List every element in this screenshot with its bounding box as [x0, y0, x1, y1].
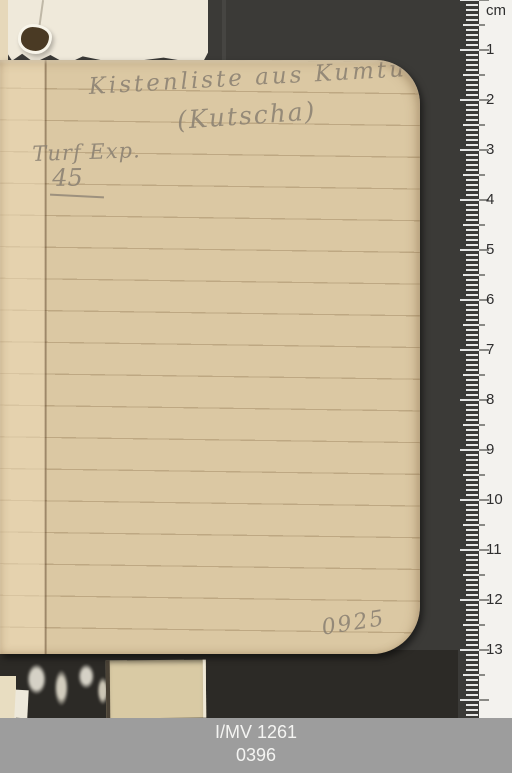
- ruler-tick: [466, 289, 478, 291]
- ruler-tick: [466, 4, 478, 6]
- ruler-tick: [460, 499, 479, 501]
- ruler-number: 10: [486, 491, 512, 509]
- handwriting-expedition-number: 45: [52, 163, 83, 192]
- ruler-tick: [466, 534, 478, 536]
- ruler-tick: [466, 539, 478, 541]
- page-stack-edge: [0, 0, 8, 64]
- torn-paper-fibers: [20, 656, 112, 714]
- ruler-tick: [466, 389, 478, 391]
- ruler-tick: [466, 644, 478, 646]
- tear-hole: [18, 24, 52, 54]
- ruler-number: 1: [486, 41, 512, 59]
- ruler-tick: [460, 449, 479, 451]
- ruler-tick: [466, 219, 478, 221]
- ruler-tick: [466, 34, 478, 36]
- ruler-tick: [479, 374, 485, 376]
- ruler-tick: [463, 624, 479, 626]
- ruler-tick: [466, 144, 478, 146]
- ruler-tick: [479, 274, 485, 276]
- ruler-tick: [466, 684, 478, 686]
- ruler-tick: [479, 674, 485, 676]
- ruler-tick: [466, 209, 478, 211]
- ruler-tick: [466, 229, 478, 231]
- backdrop-fold: [222, 0, 226, 62]
- ruler-tick: [466, 689, 478, 691]
- ruler-tick: [463, 124, 479, 126]
- ruler-tick: [466, 169, 478, 171]
- ruler: cm 12345678910111213: [458, 0, 512, 718]
- ruler-tick: [466, 404, 478, 406]
- ruler-tick: [466, 359, 478, 361]
- ruler-tick: [466, 104, 478, 106]
- ruler-tick: [466, 84, 478, 86]
- ruler-tick: [466, 444, 478, 446]
- ruler-tick: [479, 524, 485, 526]
- ruler-tick: [479, 574, 485, 576]
- ruler-tick: [466, 59, 478, 61]
- ruler-tick: [466, 9, 478, 11]
- ruler-tick: [479, 0, 489, 1]
- ruler-number: 9: [486, 441, 512, 459]
- paper-scrap-white: [14, 690, 28, 719]
- ruler-tick: [466, 569, 478, 571]
- ruler-tick: [466, 654, 478, 656]
- ruler-tick: [466, 139, 478, 141]
- ruler-tick: [463, 424, 479, 426]
- ruler-tick: [466, 419, 478, 421]
- ruler-tick: [466, 29, 478, 31]
- ruler-tick: [466, 634, 478, 636]
- ruler-tick: [466, 309, 478, 311]
- ruler-tick: [466, 639, 478, 641]
- ruler-tick: [466, 434, 478, 436]
- ruler-tick: [479, 124, 485, 126]
- ruler-tick: [466, 164, 478, 166]
- ruler-tick: [466, 119, 478, 121]
- ruler-tick: [466, 694, 478, 696]
- ruler-tick: [460, 0, 479, 1]
- ruler-tick: [479, 24, 485, 26]
- ruler-tick: [466, 659, 478, 661]
- ruler-tick: [463, 374, 479, 376]
- ruler-tick: [466, 429, 478, 431]
- ruler-tick: [463, 524, 479, 526]
- ruler-tick: [466, 259, 478, 261]
- ruler-tick: [466, 514, 478, 516]
- ruler-tick: [466, 354, 478, 356]
- ruler-tick: [466, 79, 478, 81]
- ruler-tick: [466, 614, 478, 616]
- ruler-tick: [463, 74, 479, 76]
- ruler-tick: [466, 194, 478, 196]
- ruler-tick: [466, 154, 478, 156]
- ruler-tick: [466, 314, 478, 316]
- ruler-tick: [460, 149, 479, 151]
- ruler-tick: [466, 364, 478, 366]
- ruler-tick: [479, 174, 485, 176]
- ruler-tick: [460, 399, 479, 401]
- notebook-page: Kistenliste aus Kumtura (Kutscha) Turf E…: [0, 60, 420, 654]
- ruler-tick: [466, 669, 478, 671]
- handwriting-expedition-mark: Turf Exp.: [32, 138, 141, 166]
- ruler-tick: [460, 249, 479, 251]
- ruler-number: 6: [486, 291, 512, 309]
- ruler-tick: [466, 284, 478, 286]
- ruler-tick: [466, 409, 478, 411]
- ruler-tick: [466, 39, 478, 41]
- ruler-tick: [466, 559, 478, 561]
- ruler-tick: [466, 479, 478, 481]
- ruler-tick: [466, 554, 478, 556]
- ruler-tick: [466, 664, 478, 666]
- ruler-tick: [479, 224, 485, 226]
- ruler-tick: [466, 609, 478, 611]
- ruler-tick: [479, 424, 485, 426]
- ruler-tick: [463, 574, 479, 576]
- ruler-tick: [466, 704, 478, 706]
- ruler-tick: [479, 74, 485, 76]
- ruler-tick: [463, 324, 479, 326]
- ruler-tick: [466, 344, 478, 346]
- scan-number: 0396: [0, 745, 512, 766]
- ruler-number: 2: [486, 91, 512, 109]
- ruler-tick: [466, 394, 478, 396]
- ruler-tick: [466, 509, 478, 511]
- ruler-tick: [466, 469, 478, 471]
- ruler-tick: [466, 94, 478, 96]
- ruler-tick: [466, 454, 478, 456]
- ruler-number: 7: [486, 341, 512, 359]
- ruler-number: 5: [486, 241, 512, 259]
- ruler-tick: [466, 579, 478, 581]
- ruler-tick: [463, 274, 479, 276]
- ruler-tick: [466, 484, 478, 486]
- ruler-tick: [466, 714, 478, 716]
- ruler-tick: [463, 224, 479, 226]
- ruler-number: 12: [486, 591, 512, 609]
- ruler-tick: [466, 629, 478, 631]
- ruler-tick: [460, 349, 479, 351]
- ruler-tick: [466, 114, 478, 116]
- ruler-tick: [466, 214, 478, 216]
- ruler-tick: [466, 159, 478, 161]
- ruler-tick: [463, 474, 479, 476]
- ruler-tick: [466, 64, 478, 66]
- ruler-tick: [466, 489, 478, 491]
- ruler-tick: [466, 254, 478, 256]
- ruler-tick: [466, 679, 478, 681]
- ruler-tick: [463, 674, 479, 676]
- ruler-tick: [463, 174, 479, 176]
- ruler-tick: [466, 244, 478, 246]
- ruler-tick: [466, 189, 478, 191]
- ruler-tick: [460, 49, 479, 51]
- torn-page-remnant: [6, 0, 208, 64]
- ruler-tick: [466, 544, 478, 546]
- ruler-tick: [466, 89, 478, 91]
- ruler-tick: [466, 294, 478, 296]
- ruler-tick: [466, 279, 478, 281]
- inventory-number: I/MV 1261: [0, 722, 512, 743]
- ruler-tick: [466, 44, 478, 46]
- ruler-tick: [466, 494, 478, 496]
- ruler-tick: [466, 379, 478, 381]
- ruler-tick: [466, 604, 478, 606]
- ruler-tick: [466, 504, 478, 506]
- ruler-tick: [466, 19, 478, 21]
- ruler-number: 8: [486, 391, 512, 409]
- ruler-tick: [466, 464, 478, 466]
- ruler-tick: [466, 519, 478, 521]
- ruler-unit-label: cm: [486, 2, 512, 19]
- ruler-tick: [463, 24, 479, 26]
- ruler-tick: [466, 564, 478, 566]
- ruler-tick: [479, 624, 485, 626]
- ruler-tick: [466, 319, 478, 321]
- ruler-tick: [479, 474, 485, 476]
- ruler-number: 11: [486, 541, 512, 559]
- ruler-tick: [460, 299, 479, 301]
- ruler-tick: [466, 529, 478, 531]
- ruler-tick: [466, 709, 478, 711]
- ruler-tick: [460, 649, 479, 651]
- ruler-tick: [479, 699, 489, 701]
- ruler-tick: [479, 324, 485, 326]
- ruler-tick: [460, 199, 479, 201]
- ruler-tick: [466, 369, 478, 371]
- ruler-number: 13: [486, 641, 512, 659]
- ruler-tick: [466, 384, 478, 386]
- lower-pages-edge: [106, 660, 207, 719]
- ruler-tick: [466, 439, 478, 441]
- ruler-tick: [466, 584, 478, 586]
- ruler-tick: [466, 134, 478, 136]
- ruler-tick: [466, 54, 478, 56]
- ruler-tick: [466, 204, 478, 206]
- ruler-tick: [466, 329, 478, 331]
- ruler-tick: [460, 599, 479, 601]
- ruler-tick: [466, 589, 478, 591]
- ruler-tick: [466, 334, 478, 336]
- ruler-tick: [466, 239, 478, 241]
- ruler-tick: [466, 339, 478, 341]
- ruler-tick: [466, 234, 478, 236]
- ruler-tick: [466, 179, 478, 181]
- ruler-tick: [466, 129, 478, 131]
- scanned-notebook-photo: Kistenliste aus Kumtura (Kutscha) Turf E…: [0, 0, 512, 773]
- ruler-tick: [460, 699, 479, 701]
- ruler-tick: [466, 264, 478, 266]
- ruler-tick: [460, 99, 479, 101]
- ruler-tick: [466, 304, 478, 306]
- ruler-tick: [466, 184, 478, 186]
- ruler-tick: [466, 14, 478, 16]
- ruler-tick: [466, 414, 478, 416]
- ruler-tick: [466, 109, 478, 111]
- ruler-tick: [460, 549, 479, 551]
- ruler-tick: [466, 619, 478, 621]
- ruler-number: 4: [486, 191, 512, 209]
- ruler-tick: [466, 269, 478, 271]
- footer-bar: I/MV 1261 0396: [0, 718, 512, 773]
- ruler-number: 3: [486, 141, 512, 159]
- ruler-tick: [466, 69, 478, 71]
- ruler-tick: [466, 459, 478, 461]
- ruler-tick: [466, 594, 478, 596]
